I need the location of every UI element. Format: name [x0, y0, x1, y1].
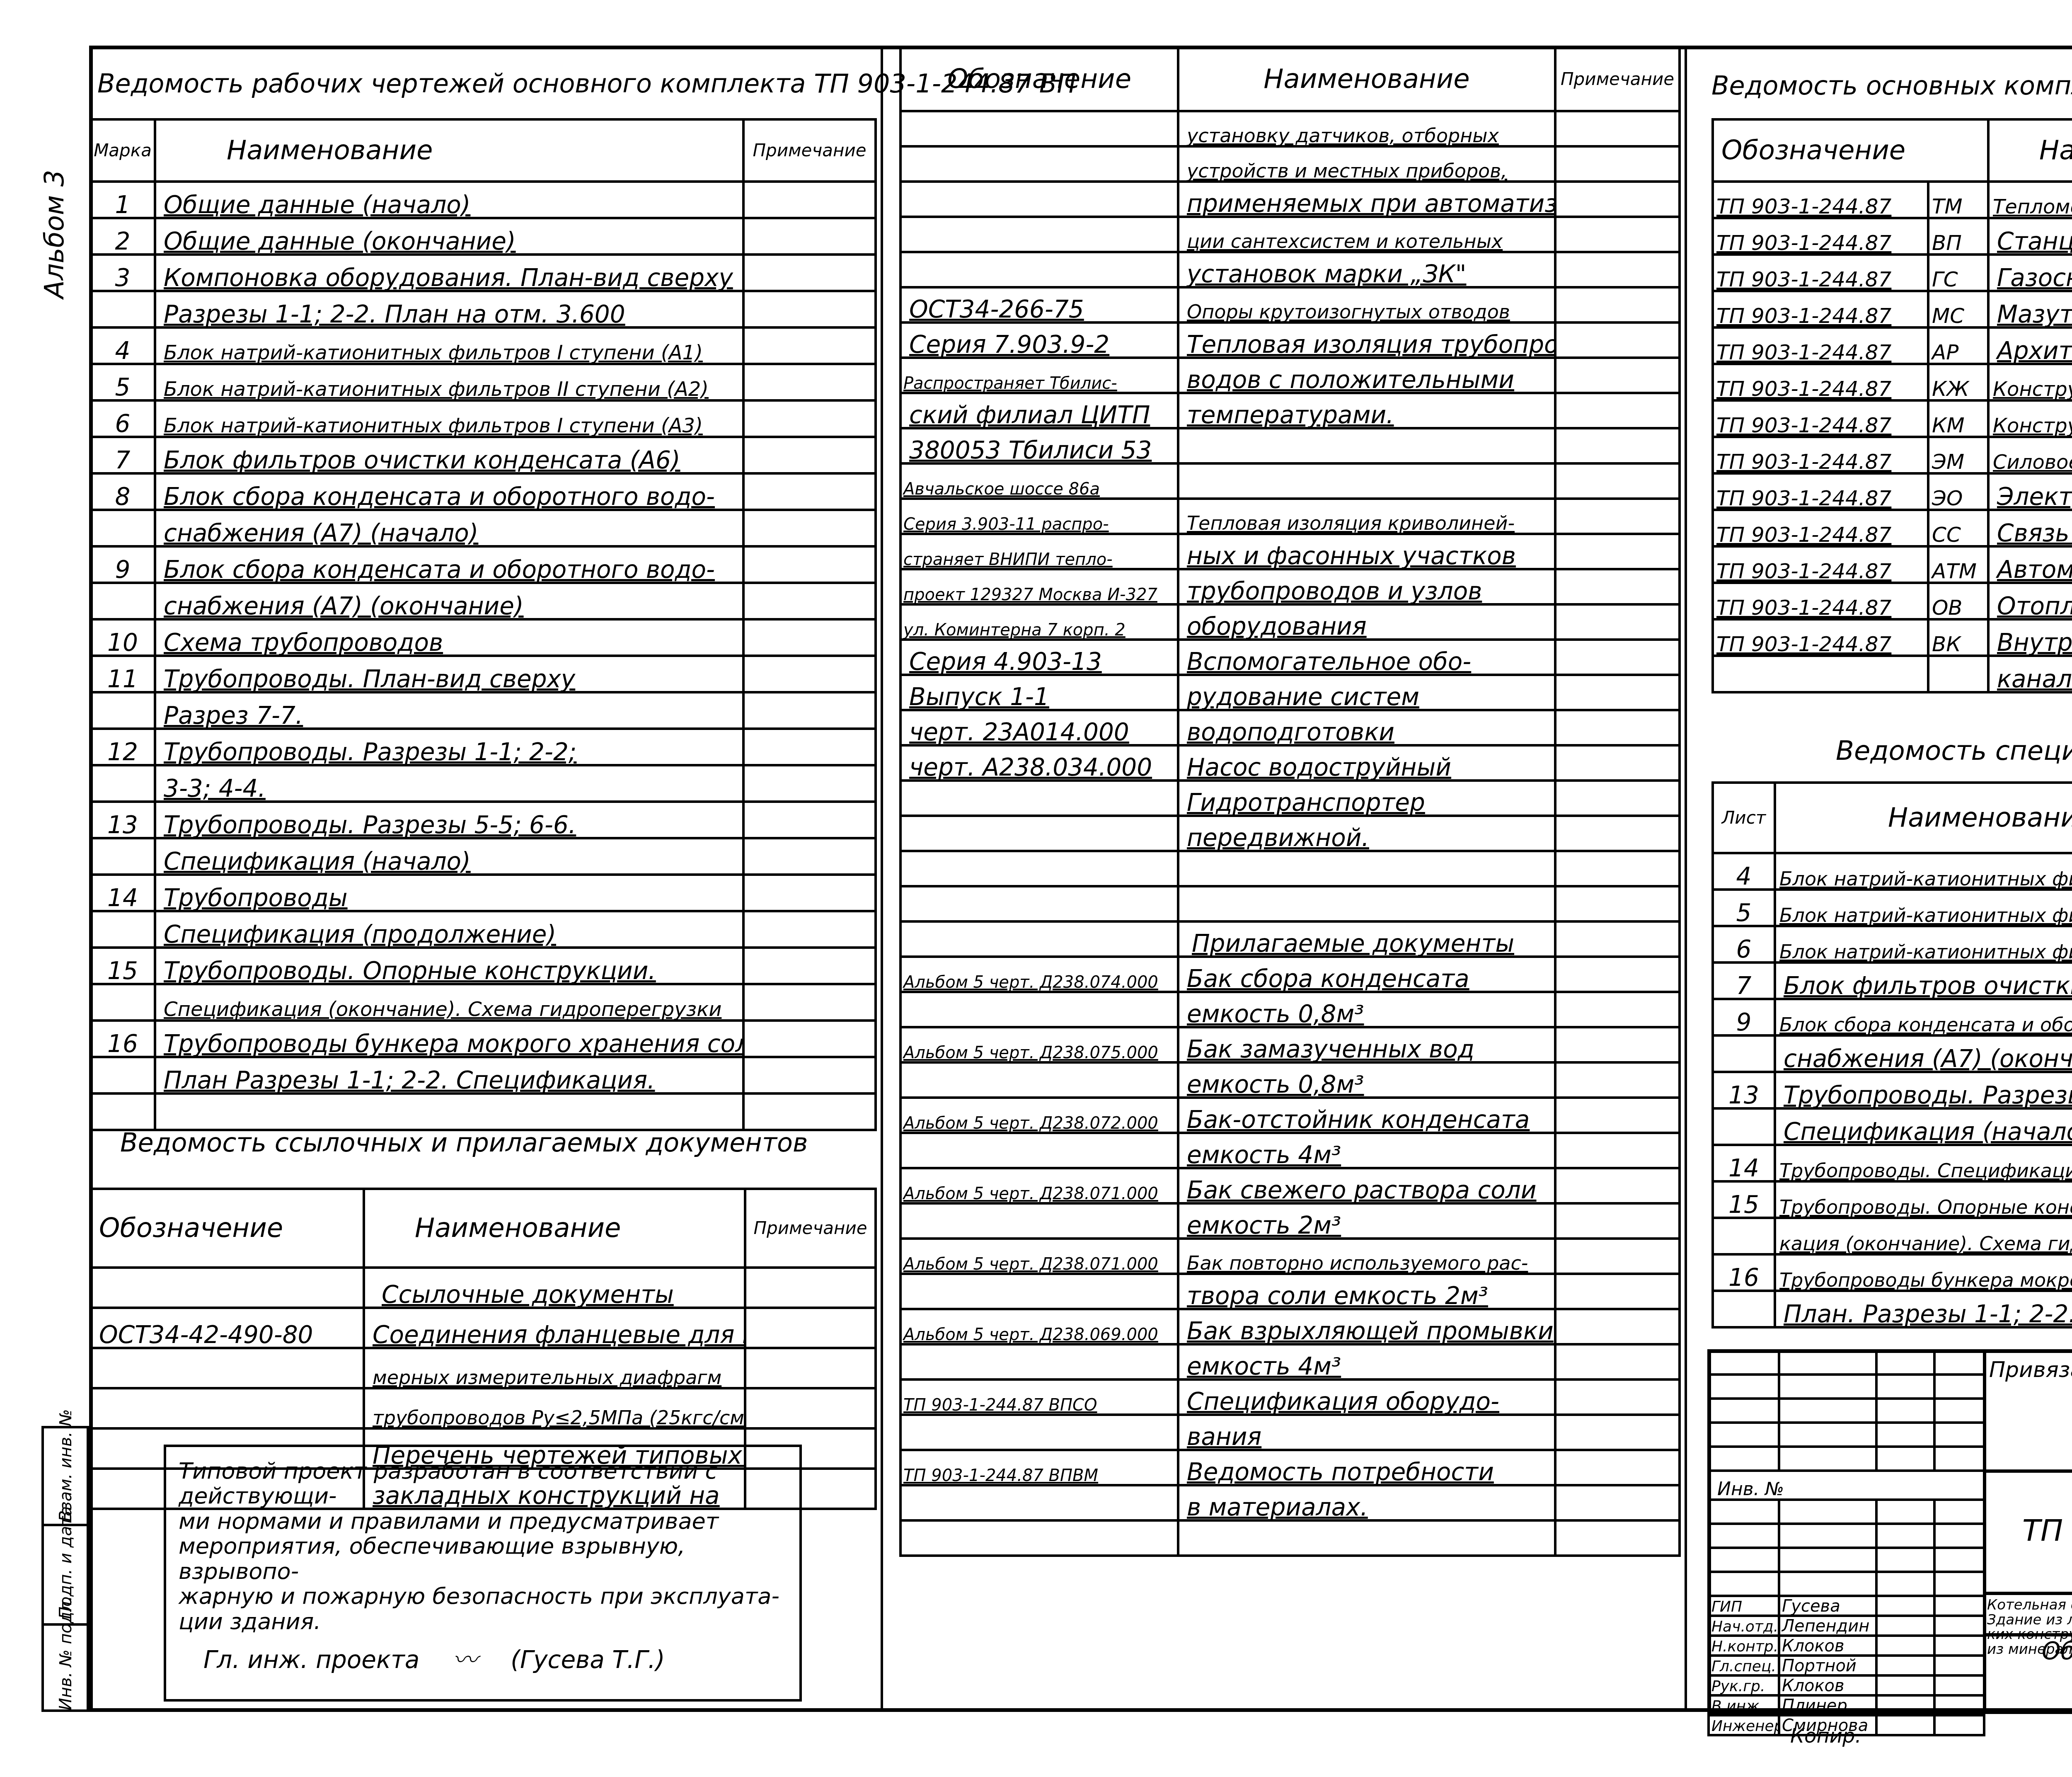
- table-cell: [1779, 1423, 1876, 1447]
- name-cell: Бак замазученных вод: [1178, 1027, 1555, 1062]
- name-cell: водов с положительными: [1178, 358, 1555, 393]
- name-cell: Конструкции металлические: [1988, 400, 2072, 437]
- note-cell: [743, 182, 876, 218]
- note-cell: [743, 437, 876, 473]
- name-cell: Отопление и вентиляция: [1988, 583, 2072, 619]
- name-cell: снабжения (А7) (окончание): [1775, 1035, 2072, 1072]
- table-row: трубопроводов Py≤2,5МПа (25кгс/см²): [90, 1388, 876, 1428]
- table-row: черт. А238.034.000Насос водоструйный: [900, 745, 1680, 781]
- mark-cell: ЭО: [1928, 473, 1988, 510]
- side-stamp: Взам. инв. № Подп. и дата Инв. № подл.: [41, 1426, 89, 1712]
- note-cell: [1555, 322, 1680, 358]
- note-cell: [1555, 1168, 1680, 1203]
- table-row: Авчальское шоссе 86а: [900, 463, 1680, 499]
- table-cell: [1779, 1447, 1876, 1471]
- table-row: страняет ВНИПИ тепло-ных и фасонных учас…: [900, 534, 1680, 569]
- name-cell: Компоновка оборудования. План-вид сверху: [155, 255, 743, 291]
- signature-cell: [1876, 1715, 1934, 1735]
- mark-cell: МС: [1928, 291, 1988, 327]
- signature-cell: [1876, 1675, 1934, 1695]
- name-cell: Разрезы 1-1; 2-2. План на отм. 3.600: [155, 291, 743, 327]
- table-row: 16Трубопроводы бункера мокрого хранения …: [90, 1021, 876, 1057]
- name-cell: Спецификация оборудо-: [1178, 1379, 1555, 1415]
- note-cell: [1555, 992, 1680, 1027]
- table-row: проект 129327 Москва И-327трубопроводов …: [900, 569, 1680, 604]
- name-cell: [1178, 1520, 1555, 1556]
- compliance-note: Типовой проект разработан в соответствии…: [164, 1445, 802, 1702]
- table-row: ТП 903-1-244.87 ВПВМВедомость потребност…: [900, 1450, 1680, 1485]
- code-cell: [900, 1415, 1178, 1450]
- name-cell: Бак взрыхляющей промывки: [1178, 1309, 1555, 1344]
- name-cell: Силовое электрооборудование: [1988, 437, 2072, 473]
- table-row: Спецификация (начало): [1713, 1108, 2072, 1145]
- name-cell: Блок натрий-катионитных фильтров I ступе…: [155, 327, 743, 364]
- table-cell: [1779, 1399, 1876, 1423]
- table-row: Серия 4.903-13Вспомогательное обо-: [900, 640, 1680, 675]
- table-row: Нач.отд.Лепендин: [1709, 1616, 1984, 1636]
- col-name: Наименование: [364, 1189, 745, 1268]
- stamp-inv-podl: Инв. № подл.: [56, 1596, 75, 1710]
- mark-cell: 13: [90, 802, 155, 838]
- name-cell: Трубопроводы. Разрезы 5-5; 6-6.: [1775, 1072, 2072, 1108]
- note-cell: [1555, 1274, 1680, 1309]
- table-row: [1709, 1548, 1984, 1572]
- note-cell: [1555, 851, 1680, 886]
- note-cell: [1555, 1450, 1680, 1485]
- name-cell: Станция водоподготовки: [1988, 218, 2072, 255]
- code-cell: Серия 4.903-13: [900, 640, 1178, 675]
- code-cell: ТП 903-1-244.87: [1713, 583, 1928, 619]
- code-cell: [90, 1388, 364, 1428]
- note-cell: [1555, 816, 1680, 851]
- mark-cell: [90, 291, 155, 327]
- table-row: [1709, 1423, 1984, 1447]
- table-cell: [1779, 1500, 1876, 1524]
- name-cell: Блок натрий-катионитных фильтров I ступе…: [1775, 853, 2072, 890]
- name-cell: Плинер: [1779, 1695, 1876, 1715]
- note-cell: [1555, 1520, 1680, 1556]
- mark-cell: АР: [1928, 327, 1988, 364]
- table-row: 15Трубопроводы. Опорные конструкции.: [90, 948, 876, 984]
- inv-cell: Инв. №: [1709, 1471, 1984, 1500]
- code-cell: [900, 1203, 1178, 1239]
- name-cell: Трубопроводы бункера мокрого хранения со…: [1775, 1254, 2072, 1291]
- compliance-line: жарную и пожарную безопасность при экспл…: [179, 1584, 787, 1609]
- code-cell: ОСТ34-42-490-80: [90, 1308, 364, 1348]
- table-row: Альбом 5 черт. Д238.074.000Бак сбора кон…: [900, 957, 1680, 992]
- mark-cell: [90, 1093, 155, 1130]
- doc-code: ТП 903-1-244.87: [2022, 1513, 2072, 1548]
- col-name: Наименование: [155, 119, 743, 182]
- table-row: ТП 903-1-244.87ОВОтопление и вентиляция: [1713, 583, 2072, 619]
- table-cell: [1876, 1500, 1934, 1524]
- table-row: 5Блок натрий-катионитных фильтров II сту…: [90, 364, 876, 400]
- note-cell: [1555, 182, 1680, 217]
- table-row: Спецификация (окончание). Схема гидропер…: [90, 984, 876, 1021]
- code-cell: ский филиал ЦИТП: [900, 393, 1178, 428]
- note-cell: [1555, 921, 1680, 957]
- table-row: 4Блок натрий-катионитных фильтров I ступ…: [1713, 853, 2072, 890]
- table-row: емкость 4м³: [900, 1344, 1680, 1379]
- role-cell: ГИП: [1709, 1596, 1779, 1616]
- table-row: черт. 23А014.000водоподготовки: [900, 710, 1680, 745]
- code-cell: ТП 903-1-244.87: [1713, 510, 1928, 546]
- name-cell: Бак повторно используемого рас-: [1178, 1239, 1555, 1274]
- name-cell: Тепловая изоляция криволиней-: [1178, 499, 1555, 534]
- name-cell: мерных измерительных диафрагм: [364, 1348, 745, 1388]
- table-row: [90, 1093, 876, 1130]
- table-row: [1709, 1375, 1984, 1399]
- name-cell: Блок натрий-катионитных фильтров II ступ…: [155, 364, 743, 400]
- table-cell: [1779, 1375, 1876, 1399]
- code-cell: ОСТ34-266-75: [900, 287, 1178, 322]
- code-cell: [900, 111, 1178, 146]
- mark-cell: [1928, 656, 1988, 692]
- mark-cell: 2: [90, 218, 155, 255]
- table-row: Выпуск 1-1рудование систем: [900, 675, 1680, 710]
- mark-cell: [90, 838, 155, 875]
- table-cell: [1876, 1572, 1934, 1596]
- mark-cell: КМ: [1928, 400, 1988, 437]
- mark-cell: 5: [90, 364, 155, 400]
- code-cell: черт. 23А014.000: [900, 710, 1178, 745]
- code-cell: [900, 781, 1178, 816]
- code-cell: 380053 Тбилиси 53: [900, 428, 1178, 463]
- mark-cell: 16: [90, 1021, 155, 1057]
- table-row: снабжения (А7) (начало): [90, 510, 876, 546]
- compliance-line: ции здания.: [179, 1609, 787, 1634]
- code-cell: Выпуск 1-1: [900, 675, 1178, 710]
- name-cell: 3-3; 4-4.: [155, 765, 743, 802]
- note-cell: [1555, 1133, 1680, 1168]
- table-cell: [1934, 1423, 1984, 1447]
- name-cell: снабжения (А7) (окончание): [155, 583, 743, 619]
- code-cell: Распространяет Тбилис-: [900, 358, 1178, 393]
- table-row: 12Трубопроводы. Разрезы 1-1; 2-2;: [90, 729, 876, 765]
- note-cell: [743, 1021, 876, 1057]
- name-cell: Трубопроводы. Разрезы 5-5; 6-6.: [155, 802, 743, 838]
- note-cell: [1555, 393, 1680, 428]
- name-cell: Блок фильтров очистки конденсата (А6): [155, 437, 743, 473]
- code-cell: [900, 851, 1178, 886]
- name-cell: Опоры крутоизогнутых отводов: [1178, 287, 1555, 322]
- table-row: ГИПГусева: [1709, 1596, 1984, 1616]
- table-row: мерных измерительных диафрагм: [90, 1348, 876, 1388]
- name-cell: устройств и местных приборов,: [1178, 146, 1555, 182]
- sheet-cell: 13: [1713, 1072, 1775, 1108]
- note-cell: [743, 765, 876, 802]
- note-cell: [743, 364, 876, 400]
- note-cell: [1555, 1027, 1680, 1062]
- sheet-cell: 14: [1713, 1145, 1775, 1181]
- table-row: Н.контр.Клоков: [1709, 1636, 1984, 1656]
- name-cell: План. Разрезы 1-1; 2-2. Спецификация.: [1775, 1291, 2072, 1327]
- note-cell: [1555, 1203, 1680, 1239]
- name-cell: канализация: [1988, 656, 2072, 692]
- code-cell: Серия 7.903.9-2: [900, 322, 1178, 358]
- name-cell: Спецификация (начало): [155, 838, 743, 875]
- table-row: 7Блок фильтров очистки конденсата (А6): [1713, 962, 2072, 999]
- code-cell: черт. А238.034.000: [900, 745, 1178, 781]
- name-cell: Портной: [1779, 1656, 1876, 1675]
- table-row: Альбом 5 черт. Д238.075.000Бак замазучен…: [900, 1027, 1680, 1062]
- code-cell: ТП 903-1-244.87: [1713, 619, 1928, 656]
- mark-cell: 14: [90, 875, 155, 911]
- table-row: Альбом 5 черт. Д238.071.000Бак повторно …: [900, 1239, 1680, 1274]
- note-cell: [1555, 534, 1680, 569]
- mark-cell: ВП: [1928, 218, 1988, 255]
- name-cell: Трубопроводы. Спецификация (продолжение): [1775, 1145, 2072, 1181]
- signer-name: (Гусева Т.Г.): [511, 1646, 665, 1674]
- name-cell: Бак-отстойник конденсата: [1178, 1098, 1555, 1133]
- table-row: Серия 7.903.9-2Тепловая изоляция трубопр…: [900, 322, 1680, 358]
- name-cell: Спецификация (продолжение): [155, 911, 743, 948]
- code-cell: [900, 816, 1178, 851]
- name-cell: Схема трубопроводов: [155, 619, 743, 656]
- name-cell: Разрез 7-7.: [155, 692, 743, 729]
- code-cell: Альбом 5 черт. Д238.069.000: [900, 1309, 1178, 1344]
- table-cell: [1709, 1548, 1779, 1572]
- table-cell: [1876, 1447, 1934, 1471]
- note-cell: [743, 656, 876, 692]
- name-cell: Трубопроводы. Разрезы 1-1; 2-2;: [155, 729, 743, 765]
- table-row: Спецификация (продолжение): [90, 911, 876, 948]
- table-row: План. Разрезы 1-1; 2-2. Спецификация.: [1713, 1291, 2072, 1327]
- date-cell: [1934, 1616, 1984, 1636]
- name-cell: передвижной.: [1178, 816, 1555, 851]
- code-cell: Альбом 5 черт. Д238.074.000: [900, 957, 1178, 992]
- note-cell: [1555, 287, 1680, 322]
- name-cell: кация (окончание). Схема гидроперегрузки: [1775, 1218, 2072, 1254]
- name-cell: водоподготовки: [1178, 710, 1555, 745]
- table-row: Распространяет Тбилис-водов с положитель…: [900, 358, 1680, 393]
- table-row: [1709, 1572, 1984, 1596]
- name-cell: Бак свежего раствора соли: [1178, 1168, 1555, 1203]
- table-row: ский филиал ЦИТПтемпературами.: [900, 393, 1680, 428]
- col-note: Примечание: [1555, 47, 1680, 111]
- signer-role: Гл. инж. проекта: [203, 1646, 419, 1674]
- note-cell: [743, 546, 876, 583]
- code-cell: Авчальское шоссе 86а: [900, 463, 1178, 499]
- mark-cell: [90, 510, 155, 546]
- table-row: кация (окончание). Схема гидроперегрузки: [1713, 1218, 2072, 1254]
- code-cell: ТП 903-1-244.87: [1713, 218, 1928, 255]
- col-name: Наименование: [1988, 119, 2072, 182]
- mark-cell: КЖ: [1928, 364, 1988, 400]
- note-cell: [1555, 781, 1680, 816]
- signature-cell: [1876, 1596, 1934, 1616]
- mark-cell: СС: [1928, 510, 1988, 546]
- table-cell: [1876, 1423, 1934, 1447]
- name-cell: Тепломеханические решения: [1988, 182, 2072, 218]
- table-cell: [1709, 1350, 1779, 1375]
- album-label: Альбом 3: [39, 170, 70, 298]
- column-divider-right: [1685, 46, 1687, 1712]
- code-cell: [90, 1348, 364, 1388]
- code-cell: ТП 903-1-244.87 ВПСО: [900, 1379, 1178, 1415]
- code-cell: Альбом 5 черт. Д238.075.000: [900, 1027, 1178, 1062]
- mark-cell: [90, 692, 155, 729]
- compliance-line: мероприятия, обеспечивающие взрывную, вз…: [179, 1534, 787, 1584]
- code-cell: ТП 903-1-244.87: [1713, 182, 1928, 218]
- note-cell: [743, 400, 876, 437]
- name-cell: Ссылочные документы: [364, 1268, 745, 1308]
- code-cell: ТП 903-1-244.87: [1713, 437, 1928, 473]
- table-row: емкость 2м³: [900, 1203, 1680, 1239]
- col-note: Примечание: [743, 119, 876, 182]
- table-row: [1709, 1500, 1984, 1524]
- code-cell: [900, 992, 1178, 1027]
- table-cell: [1709, 1423, 1779, 1447]
- table-cell: [1779, 1572, 1876, 1596]
- table-row: 5Блок натрий-катионитных фильтров II сту…: [1713, 890, 2072, 926]
- name-cell: Блок сбора конденсата и оборотного водо-: [1775, 999, 2072, 1035]
- table-cell: [1709, 1572, 1779, 1596]
- mark-cell: ТМ: [1928, 182, 1988, 218]
- col-name: Наименование: [1775, 783, 2072, 853]
- table-row: ТП 903-1-244.87СССвязь и сигнализация: [1713, 510, 2072, 546]
- table-cell: [1779, 1350, 1876, 1375]
- note-cell: [743, 875, 876, 911]
- table-row: [900, 851, 1680, 886]
- name-cell: Мазутоснабжение: [1988, 291, 2072, 327]
- name-cell: емкость 2м³: [1178, 1203, 1555, 1239]
- title-line: [1983, 1592, 2072, 1595]
- sheet-cell: 16: [1713, 1254, 1775, 1291]
- note-cell: [1555, 1098, 1680, 1133]
- table-row: емкость 4м³: [900, 1133, 1680, 1168]
- mark-cell: 8: [90, 473, 155, 510]
- sheet-cell: [1713, 1218, 1775, 1254]
- code-cell: [900, 252, 1178, 287]
- table-row: ТП 903-1-244.87КМКонструкции металлическ…: [1713, 400, 2072, 437]
- sheet-title: Общие данные (начало): [1989, 1637, 2072, 1692]
- signature-cell: [1876, 1656, 1934, 1675]
- code-cell: ТП 903-1-244.87: [1713, 546, 1928, 583]
- sheet-cell: 15: [1713, 1181, 1775, 1218]
- name-cell: Конструкции железобетонные: [1988, 364, 2072, 400]
- note-cell: [743, 729, 876, 765]
- col-code: Обозначение: [900, 47, 1178, 111]
- table-row: ции сантехсистем и котельных: [900, 217, 1680, 252]
- code-cell: ТП 903-1-244.87: [1713, 327, 1928, 364]
- code-cell: [900, 1344, 1178, 1379]
- copied-label: Копир.: [1790, 1724, 1861, 1748]
- note-cell: [745, 1268, 876, 1308]
- name-cell: ных и фасонных участков: [1178, 534, 1555, 569]
- name-cell: План Разрезы 1-1; 2-2. Спецификация.: [155, 1057, 743, 1093]
- table-row: 16Трубопроводы бункера мокрого хранения …: [1713, 1254, 2072, 1291]
- table-row: твора соли емкость 2м³: [900, 1274, 1680, 1309]
- note-cell: [745, 1308, 876, 1348]
- title-block-divider: [1983, 1349, 1986, 1714]
- table-row: Инв. №: [1709, 1471, 1984, 1500]
- table-cell: [1934, 1548, 1984, 1572]
- note-cell: [743, 1093, 876, 1130]
- name-cell: в материалах.: [1178, 1485, 1555, 1520]
- sheet-cell: 5: [1713, 890, 1775, 926]
- col-mark: Марка: [90, 119, 155, 182]
- table-row: ТП 903-1-244.87КЖКонструкции железобетон…: [1713, 364, 2072, 400]
- name-cell: Трубопроводы: [155, 875, 743, 911]
- name-cell: Ведомость потребности: [1178, 1450, 1555, 1485]
- mark-cell: 1: [90, 182, 155, 218]
- note-cell: [1555, 252, 1680, 287]
- mark-cell: ГС: [1928, 255, 1988, 291]
- name-cell: Связь и сигнализация: [1988, 510, 2072, 546]
- table-cell: [1934, 1572, 1984, 1596]
- name-cell: Гусева: [1779, 1596, 1876, 1616]
- name-cell: емкость 4м³: [1178, 1133, 1555, 1168]
- sheet-cell: [1713, 1035, 1775, 1072]
- code-cell: Альбом 5 черт. Д238.071.000: [900, 1168, 1178, 1203]
- table-row: 13Трубопроводы. Разрезы 5-5; 6-6.: [90, 802, 876, 838]
- note-cell: [745, 1388, 876, 1428]
- table-row: Разрез 7-7.: [90, 692, 876, 729]
- compliance-line: Типовой проект разработан в соответствии…: [179, 1459, 787, 1509]
- name-cell: Клоков: [1779, 1675, 1876, 1695]
- note-cell: [1555, 463, 1680, 499]
- note-cell: [1555, 1415, 1680, 1450]
- code-cell: страняет ВНИПИ тепло-: [900, 534, 1178, 569]
- bound-label: Привязан:: [1989, 1358, 2072, 1382]
- table-row: [1709, 1524, 1984, 1548]
- name-cell: Внутренние водопровод и: [1988, 619, 2072, 656]
- name-cell: Спецификация (окончание). Схема гидропер…: [155, 984, 743, 1021]
- table-row: ТП 903-1-244.87ТМТепломеханические решен…: [1713, 182, 2072, 218]
- code-cell: [900, 1133, 1178, 1168]
- table-row: Альбом 5 черт. Д238.069.000Бак взрыхляющ…: [900, 1309, 1680, 1344]
- table-cell: [1876, 1375, 1934, 1399]
- table-cell: [1709, 1399, 1779, 1423]
- role-cell: Рук.гр.: [1709, 1675, 1779, 1695]
- name-cell: Общие данные (начало): [155, 182, 743, 218]
- note-cell: [1555, 1344, 1680, 1379]
- table-row: [1709, 1399, 1984, 1423]
- table-cell: [1709, 1500, 1779, 1524]
- table-row: 3-3; 4-4.: [90, 765, 876, 802]
- table-row: ТП 903-1-244.87ВПСтанция водоподготовки: [1713, 218, 2072, 255]
- note-cell: [1555, 640, 1680, 675]
- table-cell: [1876, 1548, 1934, 1572]
- table-row: устройств и местных приборов,: [900, 146, 1680, 182]
- name-cell: Блок натрий-катионитных фильтров I ступе…: [155, 400, 743, 437]
- date-cell: [1934, 1656, 1984, 1675]
- table-row: ОСТ34-266-75Опоры крутоизогнутых отводов: [900, 287, 1680, 322]
- table-cell: [1876, 1399, 1934, 1423]
- signature-cell: [1876, 1616, 1934, 1636]
- name-cell: установок марки „ЗК": [1178, 252, 1555, 287]
- name-cell: твора соли емкость 2м³: [1178, 1274, 1555, 1309]
- role-cell: Нач.отд.: [1709, 1616, 1779, 1636]
- code-cell: ул. Коминтерна 7 корп. 2: [900, 604, 1178, 640]
- table-row: [1709, 1447, 1984, 1471]
- table-row: ТП 903-1-244.87ВКВнутренние водопровод и: [1713, 619, 2072, 656]
- table-row: [900, 1520, 1680, 1556]
- table-row: [900, 886, 1680, 921]
- name-cell: емкость 0,8м³: [1178, 992, 1555, 1027]
- title-line: [1983, 1469, 2072, 1473]
- name-cell: [1178, 463, 1555, 499]
- table-row: Гл.спец.Портной: [1709, 1656, 1984, 1675]
- table-row: 9Блок сбора конденсата и оборотного водо…: [90, 546, 876, 583]
- table-row: 8Блок сбора конденсата и оборотного водо…: [90, 473, 876, 510]
- table-row: ТП 903-1-244.87АРАрхитектурные решения: [1713, 327, 2072, 364]
- name-cell: ции сантехсистем и котельных: [1178, 217, 1555, 252]
- signature-cell: [1876, 1695, 1934, 1715]
- note-cell: [1555, 675, 1680, 710]
- table-row: ТП 903-1-244.87МСМазутоснабжение: [1713, 291, 2072, 327]
